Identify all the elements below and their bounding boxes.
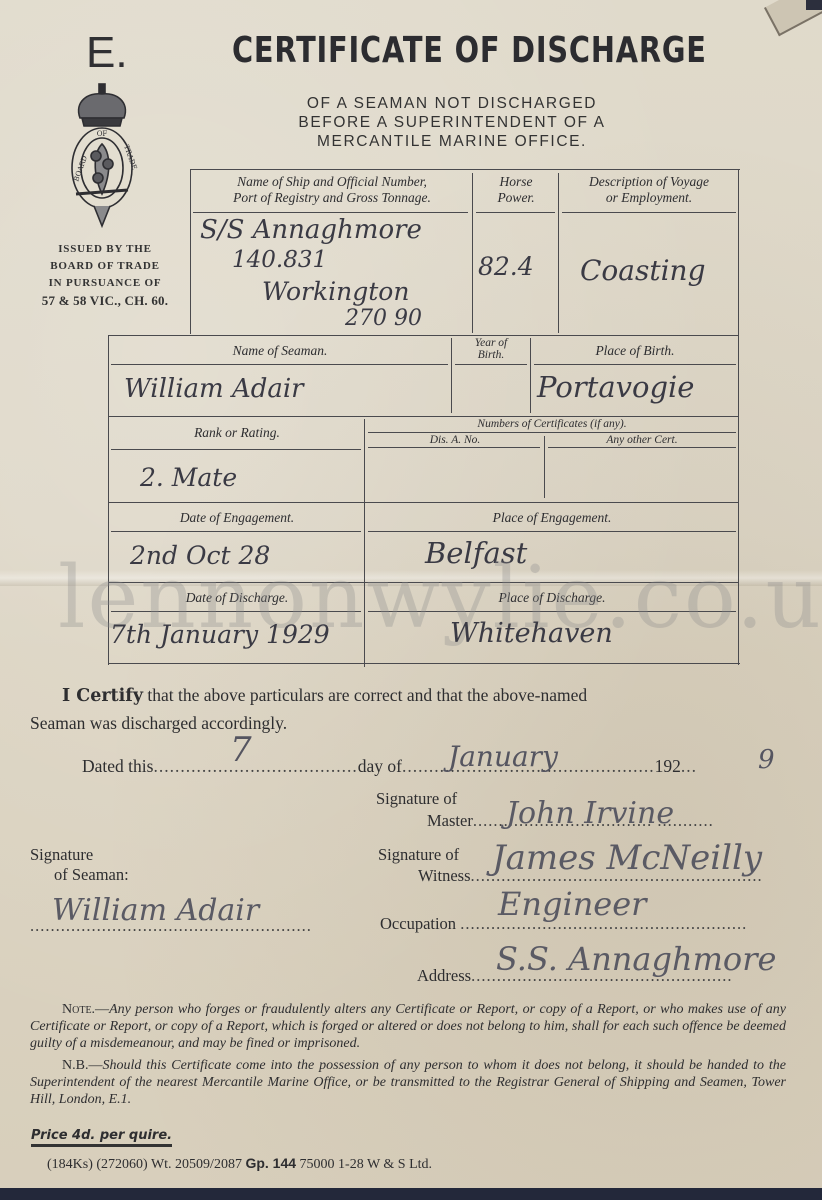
- dis-a-no-header: Dis. A. No.: [366, 434, 544, 446]
- background-corner: [806, 0, 822, 10]
- certificates-header: Numbers of Certificates (if any).: [366, 418, 738, 430]
- dotted-leader: ...: [681, 756, 697, 776]
- note-paragraph: Note.—Any person who forges or fraudulen…: [30, 1001, 786, 1052]
- svg-text:BOARD: BOARD: [72, 154, 89, 182]
- seaman-name-header: Name of Seaman.: [110, 343, 450, 359]
- form-letter: E.: [86, 28, 128, 78]
- day-value: 7: [230, 730, 252, 770]
- subtitle-line: BEFORE A SUPERINTENDENT OF A: [258, 113, 646, 132]
- subtitle-line: OF A SEAMAN NOT DISCHARGED: [258, 94, 646, 113]
- voyage-header: Description of Voyage or Employment.: [560, 174, 738, 206]
- certify-lead: I Certify: [62, 686, 143, 706]
- table-border: [548, 447, 736, 448]
- occupation-value: Engineer: [498, 885, 646, 923]
- occupation-label: Occupation: [380, 914, 456, 933]
- board-of-trade-crest-icon: OF BOARD TRADE: [66, 82, 138, 232]
- horse-power-value: 82.4: [478, 252, 534, 281]
- table-border: [455, 364, 527, 365]
- year-prefix: 192: [655, 756, 681, 776]
- master-signature: John Irvine: [506, 796, 674, 831]
- header-line: Horse: [474, 174, 558, 190]
- witness-label-2: Witness: [418, 866, 471, 885]
- nb-paragraph: N.B.—Should this Certificate come into t…: [30, 1057, 786, 1108]
- page-title: CERTIFICATE OF DISCHARGE: [232, 30, 707, 71]
- dotted-leader: ......................................: [153, 756, 357, 776]
- printer-imprint: (184Ks) (272060) Wt. 20509/2087 Gp. 144 …: [47, 1155, 432, 1173]
- note-lead: Note.—: [62, 1002, 109, 1017]
- gross-tonnage-value: 270 90: [345, 306, 422, 331]
- day-of-label: day of: [358, 756, 402, 776]
- place-of-birth-value: Portavogie: [537, 370, 694, 404]
- table-border: [368, 447, 540, 448]
- discharge-place-value: Whitehaven: [450, 618, 613, 649]
- ship-header: Name of Ship and Official Number, Port o…: [192, 174, 472, 206]
- nb-text: Should this Certificate come into the po…: [30, 1058, 786, 1107]
- issued-by-text: ISSUED BY THE BOARD OF TRADE IN PURSUANC…: [28, 241, 182, 309]
- subtitle-line: MERCANTILE MARINE OFFICE.: [258, 132, 646, 151]
- month-value: January: [448, 740, 558, 773]
- certify-line-1: I Certify that the above particulars are…: [62, 685, 587, 706]
- address-label: Address: [417, 966, 471, 985]
- table-border: [193, 212, 468, 213]
- witness-label-1: Signature of: [378, 845, 459, 865]
- table-border: [534, 364, 736, 365]
- imprint-group: Gp. 144: [245, 1155, 296, 1171]
- price-label: Price 4d. per quire.: [31, 1128, 172, 1147]
- header-line: or Employment.: [560, 190, 738, 206]
- master-label-2: Master: [427, 811, 473, 830]
- background-edge: [0, 1188, 822, 1200]
- horse-power-header: Horse Power.: [474, 174, 558, 206]
- official-number-value: 140.831: [232, 247, 327, 273]
- issued-line: BOARD OF TRADE: [28, 258, 182, 275]
- header-line: Name of Ship and Official Number,: [192, 174, 472, 190]
- table-border: [562, 212, 736, 213]
- place-of-birth-header: Place of Birth.: [532, 343, 738, 359]
- header-line: Power.: [474, 190, 558, 206]
- dated-line: Dated this..............................…: [82, 756, 697, 777]
- seaman-sig-label-1: Signature: [30, 845, 93, 865]
- engagement-place-header: Place of Engagement.: [366, 510, 738, 526]
- engagement-date-header: Date of Engagement.: [110, 510, 364, 526]
- ship-name-value: S/S Annaghmore: [200, 215, 422, 245]
- nb-lead: N.B.—: [62, 1058, 102, 1073]
- subtitle: OF A SEAMAN NOT DISCHARGED BEFORE A SUPE…: [258, 94, 646, 151]
- seaman-sig-label-2: of Seaman:: [54, 865, 129, 885]
- issued-line: IN PURSUANCE OF: [28, 275, 182, 292]
- dated-label: Dated this: [82, 756, 153, 776]
- seaman-name-value: William Adair: [124, 374, 304, 404]
- other-cert-header: Any other Cert.: [546, 434, 738, 446]
- voyage-value: Coasting: [580, 254, 706, 287]
- header-line: Birth.: [452, 349, 530, 361]
- port-of-registry-value: Workington: [262, 277, 409, 306]
- table-border: [111, 531, 361, 532]
- header-line: Year of: [452, 337, 530, 349]
- table-border: [108, 502, 738, 503]
- master-label-1: Signature of: [376, 789, 457, 809]
- note-text: Any person who forges or fraudulently al…: [30, 1002, 786, 1051]
- table-border: [111, 449, 361, 450]
- table-border: [111, 364, 448, 365]
- table-border: [368, 531, 736, 532]
- imprint-part: (184Ks) (272060) Wt. 20509/2087: [47, 1157, 245, 1172]
- table-border: [190, 169, 740, 170]
- year-of-birth-header: Year of Birth.: [452, 337, 530, 361]
- certify-text: that the above particulars are correct a…: [143, 685, 587, 705]
- year-suffix-value: 9: [758, 745, 775, 775]
- discharge-date-value: 7th January 1929: [110, 620, 330, 649]
- address-value: S.S. Annaghmore: [496, 940, 776, 978]
- table-border: [108, 335, 738, 336]
- issued-line: 57 & 58 VIC., CH. 60.: [28, 292, 182, 309]
- rank-value: 2. Mate: [140, 463, 237, 492]
- svg-text:TRADE: TRADE: [122, 144, 138, 171]
- table-border: [108, 663, 740, 664]
- header-line: Description of Voyage: [560, 174, 738, 190]
- witness-signature: James McNeilly: [492, 838, 762, 878]
- imprint-part: 75000 1-28 W & S Ltd.: [296, 1157, 432, 1172]
- header-line: Port of Registry and Gross Tonnage.: [192, 190, 472, 206]
- seaman-signature: William Adair: [52, 893, 259, 928]
- rank-header: Rank or Rating.: [110, 425, 364, 441]
- table-border: [476, 212, 555, 213]
- issued-line: ISSUED BY THE: [28, 241, 182, 258]
- svg-text:OF: OF: [97, 130, 108, 138]
